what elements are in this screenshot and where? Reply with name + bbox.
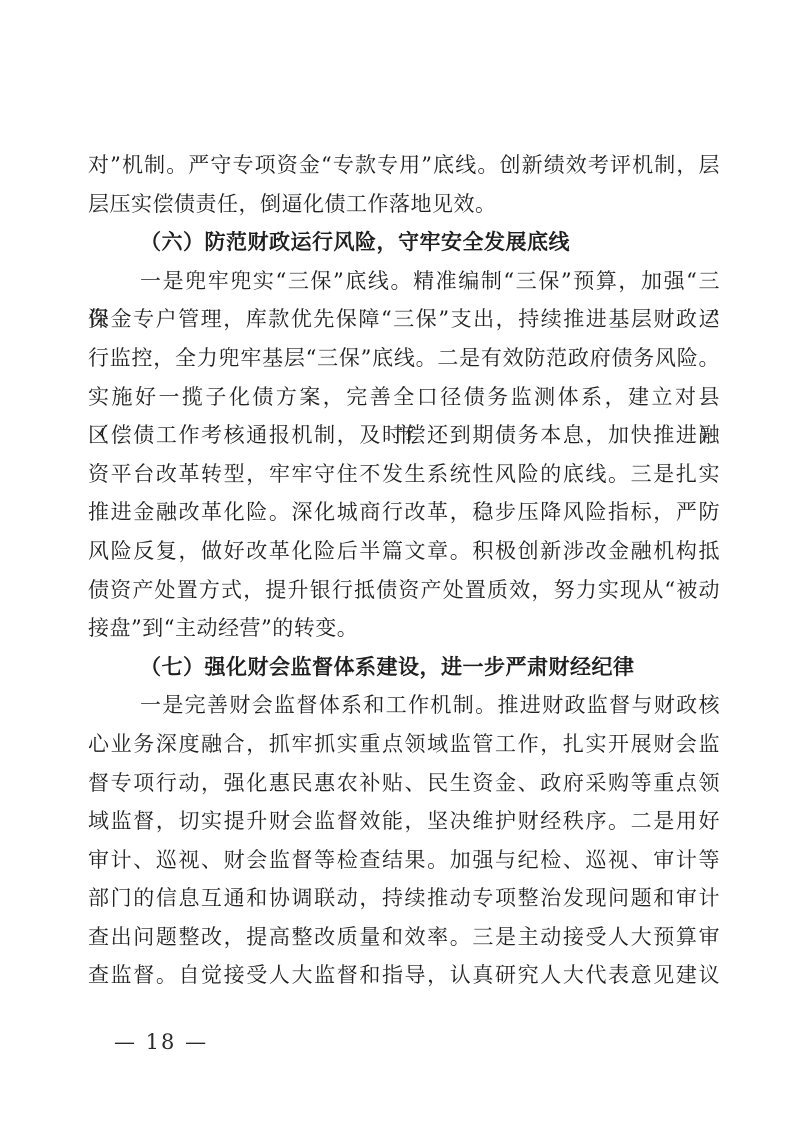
text-line: 债资产处置方式，提升银行抵债资产处置质效，努力实现从“被动 [88, 571, 720, 610]
text-line: 行监控，全力兜牢基层“三保”底线。二是有效防范政府债务风险。 [88, 339, 720, 378]
text-line: 资金专户管理，库款优先保障“三保”支出，持续推进基层财政运 [88, 300, 720, 339]
text-line: 域监督，切实提升财会监督效能，坚决维护财经秩序。二是用好 [88, 802, 720, 841]
text-line: 审计、巡视、财会监督等检查结果。加强与纪检、巡视、审计等 [88, 841, 720, 880]
text-line-paragraph-end: 层压实偿债责任，倒逼化债工作落地见效。 [88, 185, 720, 224]
page-number: — 18 — [114, 1029, 208, 1055]
text-line: 区偿债工作考核通报机制，及时偿还到期债务本息，加快推进融 [88, 416, 720, 455]
text-line: 部门的信息互通和协调联动，持续推动专项整治发现问题和审计 [88, 879, 720, 918]
text-line: 心业务深度融合，抓牢抓实重点领域监管工作，扎实开展财会监 [88, 725, 720, 764]
text-line: 风险反复，做好改革化险后半篇文章。积极创新涉改金融机构抵 [88, 532, 720, 571]
section-heading-six: （六）防范财政运行风险，守牢安全发展底线 [88, 223, 720, 262]
text-line: 推进金融改革化险。深化城商行改革，稳步压降风险指标，严防 [88, 493, 720, 532]
document-page: 对”机制。严守专项资金“专款专用”底线。创新绩效考评机制，层 层压实偿债责任，倒… [0, 0, 793, 1122]
section-heading-seven: （七）强化财会监督体系建设，进一步严肃财经纪律 [88, 648, 720, 687]
text-line: 督专项行动，强化惠民惠农补贴、民生资金、政府采购等重点领 [88, 764, 720, 803]
text-line-paragraph-start: 一是兜牢兜实“三保”底线。精准编制“三保”预算，加强“三保” [88, 262, 720, 301]
text-line: 查出问题整改，提高整改质量和效率。三是主动接受人大预算审 [88, 918, 720, 957]
body-text-block: 对”机制。严守专项资金“专款专用”底线。创新绩效考评机制，层 层压实偿债责任，倒… [88, 146, 720, 995]
text-line-paragraph-start: 一是完善财会监督体系和工作机制。推进财政监督与财政核 [88, 686, 720, 725]
text-line-paragraph-end: 接盘”到“主动经营”的转变。 [88, 609, 720, 648]
text-line: 查监督。自觉接受人大监督和指导，认真研究人大代表意见建议 [88, 956, 720, 995]
text-line: 资平台改革转型，牢牢守住不发生系统性风险的底线。三是扎实 [88, 455, 720, 494]
text-line: 对”机制。严守专项资金“专款专用”底线。创新绩效考评机制，层 [88, 146, 720, 185]
text-line: 实施好一揽子化债方案，完善全口径债务监测体系，建立对县（市） [88, 378, 720, 417]
